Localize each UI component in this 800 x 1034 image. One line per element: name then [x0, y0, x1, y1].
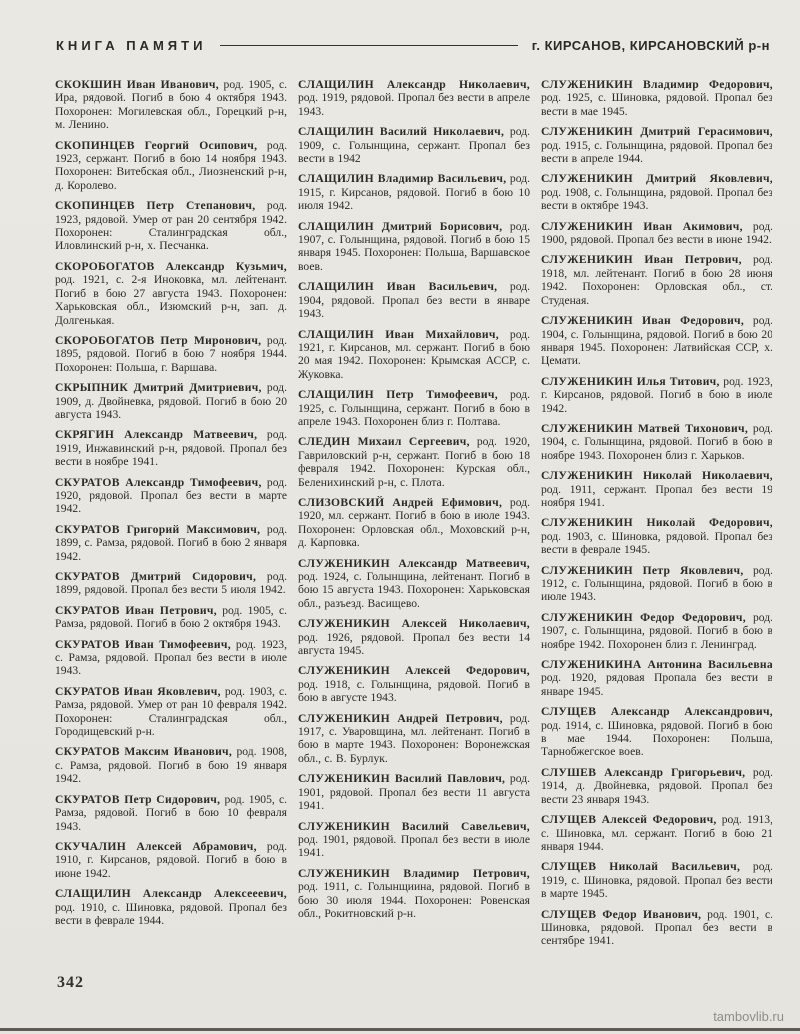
entry-person-name: СЛУЖЕНИКИН Петр Яковлевич, [541, 564, 744, 577]
memorial-entry: СЛЕДИН Михаил Сергеевич, род. 1920, Гавр… [298, 435, 530, 489]
memorial-entry: СЛУЖЕНИКИН Василий Павлович, род. 1901, … [298, 772, 530, 812]
entry-details: род. 1911, сержант. Пропал без вести 19 … [541, 483, 772, 509]
entry-person-name: СЛАЩИЛИН Александр Алексееевич, [55, 887, 287, 900]
entry-details: род. 1924, с. Голынщина, лейтенант. Поги… [298, 570, 530, 610]
entry-person-name: СКУРАТОВ Петр Сидорович, [55, 793, 220, 806]
memorial-entry: СЛУЖЕНИКИН Александр Матвеевич, род. 192… [298, 557, 530, 611]
entry-person-name: СКОРОБОГАТОВ Петр Миронович, [55, 334, 261, 347]
memorial-entry: СЛУЖЕНИКИН Николай Николаевич, род. 1911… [541, 469, 772, 509]
memorial-entry: СЛУЩЕВ Алексей Федорович, род. 1913, с. … [541, 813, 772, 853]
district-title: г. КИРСАНОВ, КИРСАНОВСКИЙ р-н [532, 38, 770, 53]
entry-person-name: СЛУЖЕНИКИН Николай Николаевич, [541, 469, 772, 482]
entry-person-name: СЛАЩИЛИН Василий Николаевич, [298, 125, 504, 138]
memorial-entry: СЛАЩИЛИН Иван Васильевич, род. 1904, ряд… [298, 280, 530, 320]
entry-person-name: СКОПИНЦЕВ Петр Степанович, [55, 199, 255, 212]
memorial-columns: СКОКШИН Иван Иванович, род. 1905, с. Ира… [55, 78, 772, 970]
memorial-entry: СЛАЩИЛИН Иван Михайлович, род. 1921, г. … [298, 328, 530, 382]
memorial-entry: СЛАЩИЛИН Василий Николаевич, род. 1909, … [298, 125, 530, 165]
entry-person-name: СЛУЖЕНИКИН Илья Титович, [541, 375, 720, 388]
memorial-entry: СКУРАТОВ Григорий Максимович, род. 1899,… [55, 523, 287, 563]
entry-person-name: СКОРОБОГАТОВ Александр Кузьмич, [55, 260, 287, 273]
page-header: КНИГА ПАМЯТИ г. КИРСАНОВ, КИРСАНОВСКИЙ р… [56, 38, 770, 53]
memorial-entry: СКОПИНЦЕВ Петр Степанович, род. 1923, ря… [55, 199, 287, 253]
memorial-entry: СЛУЖЕНИКИН Матвей Тихонович, род. 1904, … [541, 422, 772, 462]
entry-person-name: СЛИЗОВСКИЙ Андрей Ефимович, [298, 496, 502, 509]
memorial-entry: СЛУЖЕНИКИН Петр Яковлевич, род. 1912, с.… [541, 564, 772, 604]
memorial-entry: СКУРАТОВ Иван Петрович, род. 1905, с. Ра… [55, 604, 287, 631]
entry-person-name: СЛУЩЕВ Алексей Федорович, [541, 813, 717, 826]
entry-person-name: СЛАЩИЛИН Петр Тимофеевич, [298, 388, 498, 401]
memorial-entry: СКУРАТОВ Александр Тимофеевич, род. 1920… [55, 476, 287, 516]
memorial-entry: СЛИЗОВСКИЙ Андрей Ефимович, род. 1920, м… [298, 496, 530, 550]
entry-details: род. 1915, с. Голынщина, рядовой. Пропал… [541, 139, 772, 165]
book-title: КНИГА ПАМЯТИ [56, 38, 206, 53]
entry-details: род. 1925, с. Шиновка, рядовой. Пропал б… [541, 91, 772, 117]
entry-details: род. 1901, рядовой. Пропал без вести в и… [298, 833, 530, 859]
memorial-entry: СКУРАТОВ Иван Яковлевич, род. 1903, с. Р… [55, 685, 287, 739]
memorial-entry: СКУРАТОВ Максим Иванович, род. 1908, с. … [55, 745, 287, 785]
entry-details: род. 1903, с. Шиновка, рядовой. Пропал б… [541, 530, 772, 556]
memorial-entry: СКУРАТОВ Дмитрий Сидорович, род. 1899, р… [55, 570, 287, 597]
entry-person-name: СКОПИНЦЕВ Георгий Осипович, [55, 139, 257, 152]
entry-person-name: СЛАЩИЛИН Владимир Васильевич, [298, 172, 506, 185]
memorial-entry: СЛАЩИЛИН Александр Николаевич, род. 1919… [298, 78, 530, 118]
memorial-entry: СЛУЩЕВ Федор Иванович, род. 1901, с. Шин… [541, 908, 772, 948]
entry-person-name: СКУЧАЛИН Алексей Абрамович, [55, 840, 257, 853]
column-3: СЛУЖЕНИКИН Владимир Федорович, род. 1925… [541, 78, 772, 970]
entry-details: род. 1921, с. 2-я Иноковка, мл. лейтенан… [55, 273, 287, 326]
memorial-entry: СЛУЖЕНИКИН Андрей Петрович, род. 1917, с… [298, 712, 530, 766]
memorial-entry: СЛАЩИЛИН Дмитрий Борисович, род. 1907, с… [298, 220, 530, 274]
entry-person-name: СКУРАТОВ Иван Тимофеевич, [55, 638, 231, 651]
entry-person-name: СЛУЩЕВ Николай Васильевич, [541, 860, 740, 873]
memorial-entry: СЛУЩЕВ Александр Александрович, род. 191… [541, 705, 772, 759]
entry-person-name: СКРЯГИН Александр Матвеевич, [55, 428, 257, 441]
memorial-entry: СЛАЩИЛИН Петр Тимофеевич, род. 1925, с. … [298, 388, 530, 428]
entry-person-name: СЛУЖЕНИКИН Василий Павлович, [298, 772, 505, 785]
memorial-entry: СЛУЖЕНИКИН Дмитрий Герасимович, род. 191… [541, 125, 772, 165]
entry-details: род. 1911, с. Голынщиина, рядовой. Погиб… [298, 880, 530, 920]
entry-person-name: СЛУЖЕНИКИН Дмитрий Герасимович, [541, 125, 772, 138]
memorial-entry: СЛУЖЕНИКИН Владимир Петрович, род. 1911,… [298, 867, 530, 921]
memorial-entry: СЛУШЕВ Александр Григорьевич, род. 1914,… [541, 766, 772, 806]
memorial-entry: СКОПИНЦЕВ Георгий Осипович, род. 1923, с… [55, 139, 287, 193]
entry-person-name: СКУРАТОВ Дмитрий Сидорович, [55, 570, 256, 583]
entry-person-name: СЛЕДИН Михаил Сергеевич, [298, 435, 470, 448]
entry-person-name: СЛУЖЕНИКИНА Антонина Васильевна [541, 658, 772, 671]
entry-person-name: СЛУЖЕНИКИН Иван Акимович, [541, 220, 743, 233]
memorial-entry: СЛУЖЕНИКИНА Антонина Васильевна род. 192… [541, 658, 772, 698]
memorial-entry: СЛАЩИЛИН Александр Алексееевич, род. 191… [55, 887, 287, 927]
memorial-entry: СКОРОБОГАТОВ Петр Миронович, род. 1895, … [55, 334, 287, 374]
library-watermark: tambovlib.ru [713, 1009, 784, 1024]
entry-person-name: СЛУЖЕНИКИН Алексей Федорович, [298, 664, 530, 677]
entry-person-name: СЛУЖЕНИКИН Иван Федорович, [541, 314, 744, 327]
entry-person-name: СЛУЩЕВ Федор Иванович, [541, 908, 701, 921]
memorial-entry: СЛУЖЕНИКИН Владимир Федорович, род. 1925… [541, 78, 772, 118]
memorial-entry: СКУРАТОВ Петр Сидорович, род. 1905, с. Р… [55, 793, 287, 833]
entry-person-name: СКУРАТОВ Максим Иванович, [55, 745, 232, 758]
entry-person-name: СЛУЖЕНИКИН Иван Петрович, [541, 253, 742, 266]
entry-details: род. 1910, с. Шиновка, рядовой. Пропал б… [55, 901, 287, 927]
entry-person-name: СЛУЖЕНИКИН Дмитрий Яковлевич, [541, 172, 772, 185]
entry-person-name: СЛУЖЕНИКИН Матвей Тихонович, [541, 422, 748, 435]
memorial-entry: СЛУЖЕНИКИН Алексей Николаевич, род. 1926… [298, 617, 530, 657]
entry-details: род. 1919, рядовой. Пропал без вести в а… [298, 91, 530, 117]
entry-person-name: СКРЫПНИК Дмитрий Дмитриевич, [55, 381, 262, 394]
memorial-entry: СЛУЖЕНИКИН Василий Савельевич, род. 1901… [298, 820, 530, 860]
entry-person-name: СКУРАТОВ Григорий Максимович, [55, 523, 260, 536]
memorial-entry: СЛУЩЕВ Николай Васильевич, род. 1919, с.… [541, 860, 772, 900]
entry-person-name: СЛУЖЕНИКИН Алексей Николаевич, [298, 617, 530, 630]
entry-person-name: СЛАЩИЛИН Иван Васильевич, [298, 280, 497, 293]
memorial-entry: СЛУЖЕНИКИН Иван Федорович, род. 1904, с.… [541, 314, 772, 368]
entry-person-name: СЛАЩИЛИН Александр Николаевич, [298, 78, 530, 91]
scanned-book-page: КНИГА ПАМЯТИ г. КИРСАНОВ, КИРСАНОВСКИЙ р… [0, 0, 800, 1034]
column-2: СЛАЩИЛИН Александр Николаевич, род. 1919… [298, 78, 530, 970]
entry-person-name: СЛУЖЕНИКИН Александр Матвеевич, [298, 557, 530, 570]
memorial-entry: СЛУЖЕНИКИН Николай Федорович, род. 1903,… [541, 516, 772, 556]
entry-person-name: СКУРАТОВ Александр Тимофеевич, [55, 476, 262, 489]
scan-edge-line [0, 1028, 800, 1031]
memorial-entry: СКУЧАЛИН Алексей Абрамович, род. 1910, г… [55, 840, 287, 880]
entry-person-name: СЛУШЕВ Александр Григорьевич, [541, 766, 745, 779]
page-number: 342 [57, 974, 84, 992]
memorial-entry: СКРЫПНИК Дмитрий Дмитриевич, род. 1909, … [55, 381, 287, 421]
memorial-entry: СЛУЖЕНИКИН Дмитрий Яковлевич, род. 1908,… [541, 172, 772, 212]
entry-details: род. 1918, с. Голынщина, рядовой. Погиб … [298, 678, 530, 704]
entry-person-name: СЛАЩИЛИН Дмитрий Борисович, [298, 220, 502, 233]
entry-person-name: СКУРАТОВ Иван Петрович, [55, 604, 217, 617]
entry-details: род. 1926, рядовой. Пропал без вести 14 … [298, 631, 530, 657]
entry-person-name: СЛУЖЕНИКИН Николай Федорович, [541, 516, 772, 529]
memorial-entry: СКУРАТОВ Иван Тимофеевич, род. 1923, с. … [55, 638, 287, 678]
entry-person-name: СЛУЖЕНИКИН Федор Федорович, [541, 611, 746, 624]
header-rule [220, 45, 517, 46]
memorial-entry: СЛУЖЕНИКИН Илья Титович, род. 1923, г. К… [541, 375, 772, 415]
memorial-entry: СКРЯГИН Александр Матвеевич, род. 1919, … [55, 428, 287, 468]
entry-person-name: СЛАЩИЛИН Иван Михайлович, [298, 328, 499, 341]
memorial-entry: СЛУЖЕНИКИН Иван Акимович, род. 1900, ряд… [541, 220, 772, 247]
entry-person-name: СКУРАТОВ Иван Яковлевич, [55, 685, 221, 698]
memorial-entry: СЛУЖЕНИКИН Иван Петрович, род. 1918, мл.… [541, 253, 772, 307]
entry-details: род. 1920, рядовая Пропала без вести в я… [541, 671, 772, 697]
column-1: СКОКШИН Иван Иванович, род. 1905, с. Ира… [55, 78, 287, 970]
entry-person-name: СЛУЖЕНИКИН Андрей Петрович, [298, 712, 503, 725]
memorial-entry: СКОКШИН Иван Иванович, род. 1905, с. Ира… [55, 78, 287, 132]
entry-person-name: СЛУЩЕВ Александр Александрович, [541, 705, 772, 718]
entry-details: род. 1908, с. Голынщина, рядовой. Пропал… [541, 186, 772, 212]
entry-details: род. 1914, с. Шиновка, рядовой. Погиб в … [541, 719, 772, 759]
entry-person-name: СКОКШИН Иван Иванович, [55, 78, 219, 91]
entry-person-name: СЛУЖЕНИКИН Василий Савельевич, [298, 820, 530, 833]
memorial-entry: СКОРОБОГАТОВ Александр Кузьмич, род. 192… [55, 260, 287, 327]
entry-person-name: СЛУЖЕНИКИН Владимир Федорович, [541, 78, 772, 91]
memorial-entry: СЛУЖЕНИКИН Алексей Федорович, род. 1918,… [298, 664, 530, 704]
memorial-entry: СЛУЖЕНИКИН Федор Федорович, род. 1907, с… [541, 611, 772, 651]
memorial-entry: СЛАЩИЛИН Владимир Васильевич, род. 1915,… [298, 172, 530, 212]
entry-person-name: СЛУЖЕНИКИН Владимир Петрович, [298, 867, 530, 880]
